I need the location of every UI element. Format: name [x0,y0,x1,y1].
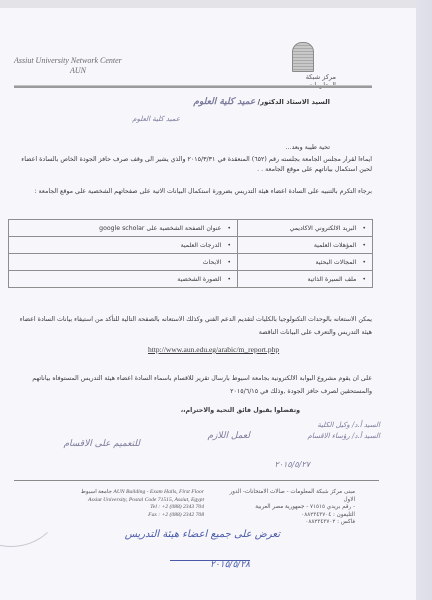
table-row: •ملف السيرة الذاتية •الصورة الشخصية [9,271,373,288]
footer-univ-ar: جامعة اسيوط [81,489,112,495]
table-cell: •المؤهلات العلمية [238,237,373,254]
scan-border-top [0,0,432,8]
salutation-handwritten: عميد كلية العلوم [193,97,255,107]
org-name-line2: AUN [14,66,122,76]
paragraph-decision: ايماءا لقرار مجلس الجامعة بجلسته رقم (٦٥… [14,155,372,174]
org-name-english: Assiut University Network Center AUN [14,56,122,76]
closing: وتفضلوا بقبول فائق التحية والاحترام،، [120,406,300,416]
paragraph-portal: على ان يقوم مشروع البوابة الالكترونية بج… [14,372,372,398]
handwritten-bottom-date: ٢٠١٥/٥/٢٨ [170,560,250,571]
handwritten-bottom-note: تعرض على جميع اعضاء هيئة التدريس [60,530,280,540]
handwritten-left-note: للتعميم على الاقسام [20,440,140,450]
footer-arabic: مبنى مركز شبكة المعلومات - صالات الامتحا… [220,489,355,527]
table-row: •المجالات البحثية •الابحاث [9,254,373,271]
scan-border-right [416,0,432,600]
report-link[interactable]: http://www.aun.edu.eg/arabic/m_report.ph… [148,345,279,354]
org-name-line1: Assiut University Network Center [14,56,122,65]
handwritten-date: ٢٠١٥/٥/٢٧ [230,460,310,470]
paragraph-support: يمكن الاستعانه بالوحدات التكنولوجيا بالك… [14,313,372,339]
table-cell: •الدرجات العلمية [9,237,238,254]
table-cell: •الابحاث [9,254,238,271]
table-cell: •عنوان الصفحة الشخصية على google scholar [9,220,238,237]
table-cell: •ملف السيرة الذاتية [238,271,373,288]
table-cell: •الصورة الشخصية [9,271,238,288]
footer-divider [14,480,379,481]
header-divider [14,85,372,88]
table-cell: •المجالات البحثية [238,254,373,271]
salutation-line2: عميد كلية العلوم [90,115,180,125]
table-row: •البريد الالكتروني الاكاديمي •عنوان الصف… [9,220,373,237]
table-row: •المؤهلات العلمية •الدرجات العلمية [9,237,373,254]
paragraph-request: برجاء التكرم بالتنبيه على السادة اعضاء ه… [14,187,372,197]
handwritten-right-note: السيد أ.د/ وكيل الكلية السيد أ.د/ رؤساء … [290,420,380,442]
footer-english: جامعة اسيوط AUN Building - Exam Halls, F… [14,489,204,519]
handwritten-middle-note: لعمل اللازم [150,432,250,442]
salutation-printed: السيد الاستاذ الدكتور/ [258,98,330,106]
salutation-line1: السيد الاستاذ الدكتور/ عميد كلية العلوم [150,98,330,108]
greeting: تحية طيبة وبعد... [200,143,330,153]
required-data-table: •البريد الالكتروني الاكاديمي •عنوان الصف… [8,219,373,288]
table-cell: •البريد الالكتروني الاكاديمي [238,220,373,237]
university-logo-icon [292,42,314,72]
